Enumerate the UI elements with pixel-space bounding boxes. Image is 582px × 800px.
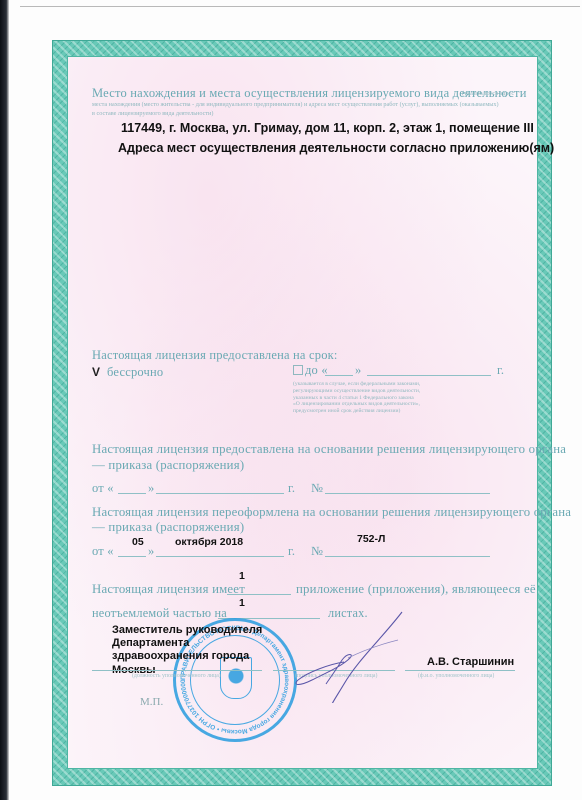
appendix-text-after: приложение (приложения), являющееся её [296, 582, 536, 597]
places-note: Адреса мест осуществления деятельности с… [118, 141, 554, 155]
term-unlimited-option[interactable]: V бессрочно [92, 363, 163, 381]
appendix-count-line [227, 594, 291, 595]
scan-edge [0, 0, 9, 800]
license-address: 117449, г. Москва, ул. Гримау, дом 11, к… [121, 121, 534, 135]
term-year-suffix: г. [497, 363, 504, 378]
handwritten-signature [290, 608, 420, 703]
reissued-month-year: октября 2018 [175, 536, 243, 548]
term-date-line [367, 375, 491, 376]
appendix-sheets-before: неотъемлемой частью на [92, 606, 227, 621]
location-note-3: в составе лицензируемого вида деятельнос… [92, 110, 213, 118]
appendix-count: 1 [239, 570, 245, 582]
granted-day-line [118, 493, 146, 494]
term-unlimited-label: бессрочно [107, 365, 163, 379]
granted-line-1: Настоящая лицензия предоставлена на осно… [92, 442, 566, 457]
reissued-day-line [118, 556, 146, 557]
scan-top-rule [20, 6, 580, 7]
reissued-month-line [156, 556, 284, 557]
location-note-1: (указываются адрес [462, 90, 514, 98]
term-note: (указывается в случае, если федеральными… [293, 381, 420, 415]
reissued-from-label: от « [92, 544, 114, 559]
granted-number-line [325, 493, 490, 494]
check-mark-icon: V [92, 365, 100, 379]
position-caption: (должность уполномоченного лица) [132, 673, 221, 679]
reissued-number: 752-Л [357, 533, 385, 545]
name-line [405, 670, 515, 671]
reissued-number-line [325, 556, 490, 557]
granted-line-2: — приказа (распоряжения) [92, 458, 244, 473]
signatory-position: Заместитель руководителя Департамента зд… [112, 624, 262, 677]
name-caption: (ф.и.о. уполномоченного лица) [418, 673, 494, 679]
appendix-text-before: Настоящая лицензия имеет [92, 582, 245, 597]
granted-quote-close: » [148, 481, 154, 496]
signatory-name: А.В. Старшинин [427, 656, 514, 668]
appendix-sheets: 1 [239, 597, 245, 609]
granted-number-label: № [311, 481, 323, 496]
granted-from-label: от « [92, 481, 114, 496]
reissued-number-label: № [311, 544, 323, 559]
reissued-line-1: Настоящая лицензия переоформлена на осно… [92, 505, 571, 520]
term-quote-close: » [355, 363, 361, 378]
reissued-day: 05 [132, 536, 144, 548]
term-day-line [325, 375, 353, 376]
seal-place-label: М.П. [140, 696, 163, 708]
granted-month-line [156, 493, 284, 494]
position-line [92, 670, 262, 671]
granted-year-suffix: г. [288, 481, 295, 496]
term-until-checkbox[interactable] [293, 365, 303, 375]
reissued-quote-close: » [148, 544, 154, 559]
term-heading: Настоящая лицензия предоставлена на срок… [92, 348, 338, 363]
reissued-line-2: — приказа (распоряжения) [92, 520, 244, 535]
location-note-2: места нахождения (место жительства - для… [92, 101, 499, 109]
reissued-year-suffix: г. [288, 544, 295, 559]
